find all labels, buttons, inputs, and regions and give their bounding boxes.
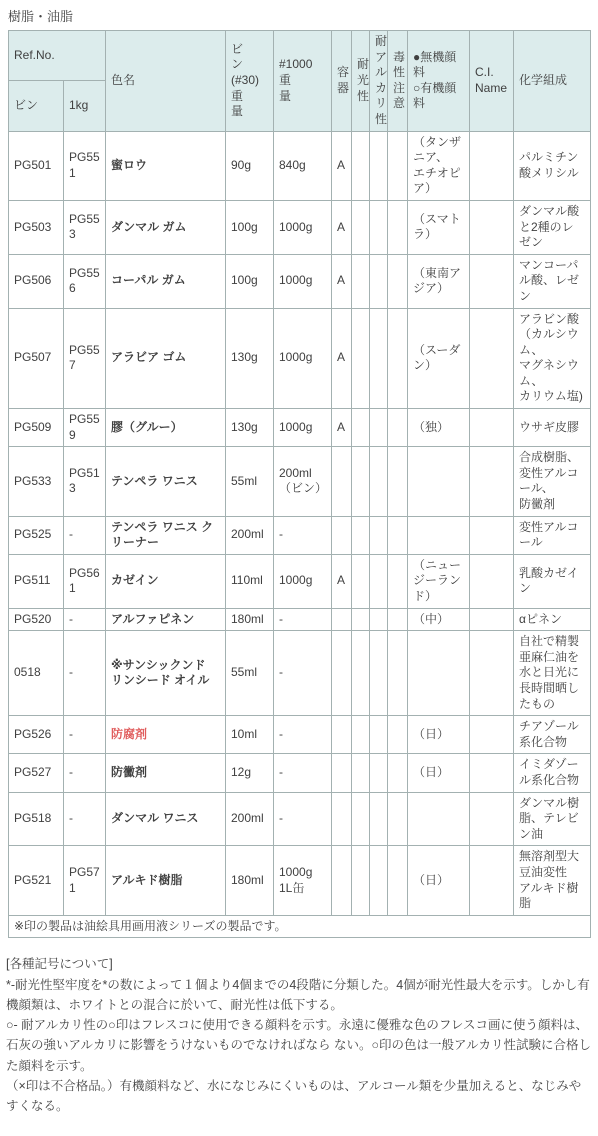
- cell-alkali-resistance: [370, 608, 388, 631]
- table-row: PG525 - テンペラ ワニス クリーナー 200ml - 変性アルコール: [9, 516, 591, 554]
- col-header-ci-name: C.I. Name: [470, 31, 514, 132]
- cell-toxicity: [388, 631, 408, 716]
- cell-ci-name: [470, 754, 514, 792]
- table-row: PG511 PG561 カゼイン 110ml 1000g A （ニュージーランド…: [9, 554, 591, 608]
- table-row: PG503 PG553 ダンマル ガム 100g 1000g A （スマトラ） …: [9, 200, 591, 254]
- cell-alkali-resistance: [370, 631, 388, 716]
- cell-1000-weight: -: [274, 754, 332, 792]
- cell-container: [332, 516, 352, 554]
- cell-alkali-resistance: [370, 716, 388, 754]
- cell-container: [332, 792, 352, 846]
- cell-color-name: 膠（グルー）: [106, 409, 226, 447]
- cell-1000-weight: 200ml（ビン）: [274, 447, 332, 516]
- cell-lightfastness: [352, 200, 370, 254]
- cell-alkali-resistance: [370, 554, 388, 608]
- cell-ref-1kg: PG571: [64, 846, 106, 915]
- col-header-chemical: 化学組成: [514, 31, 591, 132]
- cell-ref-1kg: -: [64, 631, 106, 716]
- col-header-toxicity: 毒 性 注 意: [388, 31, 408, 132]
- cell-toxicity: [388, 554, 408, 608]
- cell-chemical: 変性アルコール: [514, 516, 591, 554]
- cell-bin30-weight: 12g: [226, 754, 274, 792]
- cell-origin: （中）: [408, 608, 470, 631]
- col-header-bin: ビン: [9, 81, 64, 131]
- cell-container: [332, 716, 352, 754]
- table-row: PG533 PG513 テンペラ ワニス 55ml 200ml（ビン） 合成樹脂…: [9, 447, 591, 516]
- cell-ref-1kg: PG556: [64, 254, 106, 308]
- cell-bin30-weight: 10ml: [226, 716, 274, 754]
- cell-1000-weight: 1000g 1L缶: [274, 846, 332, 915]
- col-header-ref-no: Ref.No.: [9, 31, 106, 81]
- cell-bin30-weight: 180ml: [226, 608, 274, 631]
- cell-ref-1kg: -: [64, 792, 106, 846]
- cell-container: [332, 631, 352, 716]
- cell-bin30-weight: 130g: [226, 308, 274, 409]
- cell-bin30-weight: 100g: [226, 200, 274, 254]
- cell-ref-1kg: PG513: [64, 447, 106, 516]
- col-header-bin30-weight: ビ ン (#30) 重 量: [226, 31, 274, 132]
- cell-origin: （ニュージーランド）: [408, 554, 470, 608]
- cell-lightfastness: [352, 792, 370, 846]
- cell-ref-1kg: -: [64, 608, 106, 631]
- cell-bin30-weight: 180ml: [226, 846, 274, 915]
- col-header-container: 容 器: [332, 31, 352, 132]
- cell-ci-name: [470, 409, 514, 447]
- cell-ref-1kg: -: [64, 516, 106, 554]
- cell-ci-name: [470, 200, 514, 254]
- cell-container: A: [332, 409, 352, 447]
- col-header-color-name: 色名: [106, 31, 226, 132]
- cell-ci-name: [470, 308, 514, 409]
- cell-lightfastness: [352, 308, 370, 409]
- cell-container: A: [332, 554, 352, 608]
- cell-origin: [408, 631, 470, 716]
- cell-container: [332, 846, 352, 915]
- cell-ref-bin: PG507: [9, 308, 64, 409]
- cell-lightfastness: [352, 754, 370, 792]
- cell-origin: [408, 792, 470, 846]
- header-row-1: Ref.No. 色名 ビ ン (#30) 重 量 #1000 重 量 容 器 耐…: [9, 31, 591, 81]
- cell-chemical: イミダゾール系化合物: [514, 754, 591, 792]
- cell-lightfastness: [352, 716, 370, 754]
- cell-lightfastness: [352, 554, 370, 608]
- table-row: PG521 PG571 アルキド樹脂 180ml 1000g 1L缶 （日） 無…: [9, 846, 591, 915]
- cell-origin: [408, 447, 470, 516]
- table-header: Ref.No. 色名 ビ ン (#30) 重 量 #1000 重 量 容 器 耐…: [9, 31, 591, 132]
- cell-color-name: ダンマル ワニス: [106, 792, 226, 846]
- table-row: 0518 - ※サンシックンド リンシード オイル 55ml - 自社で精製亜麻…: [9, 631, 591, 716]
- cell-1000-weight: -: [274, 716, 332, 754]
- page: 樹脂・油脂 Ref.No. 色名 ビ ン (#30) 重 量 #1000 重 量…: [0, 6, 598, 1116]
- cell-origin: （東南アジア）: [408, 254, 470, 308]
- cell-lightfastness: [352, 846, 370, 915]
- cell-toxicity: [388, 447, 408, 516]
- cell-ref-bin: PG509: [9, 409, 64, 447]
- cell-1000-weight: -: [274, 631, 332, 716]
- cell-1000-weight: -: [274, 608, 332, 631]
- cell-1000-weight: 840g: [274, 131, 332, 200]
- cell-ci-name: [470, 516, 514, 554]
- table-row: PG518 - ダンマル ワニス 200ml - ダンマル樹脂、テレビン油: [9, 792, 591, 846]
- cell-color-name: アルキド樹脂: [106, 846, 226, 915]
- cell-toxicity: [388, 409, 408, 447]
- cell-ref-1kg: PG553: [64, 200, 106, 254]
- resin-oil-table: Ref.No. 色名 ビ ン (#30) 重 量 #1000 重 量 容 器 耐…: [8, 30, 591, 938]
- cell-toxicity: [388, 846, 408, 915]
- cell-color-name: 防腐剤: [106, 716, 226, 754]
- cell-lightfastness: [352, 131, 370, 200]
- cell-container: [332, 754, 352, 792]
- cell-origin: （スマトラ）: [408, 200, 470, 254]
- cell-alkali-resistance: [370, 792, 388, 846]
- cell-toxicity: [388, 254, 408, 308]
- cell-ref-bin: PG520: [9, 608, 64, 631]
- page-title: 樹脂・油脂: [8, 6, 598, 25]
- cell-bin30-weight: 110ml: [226, 554, 274, 608]
- cell-alkali-resistance: [370, 447, 388, 516]
- cell-ci-name: [470, 447, 514, 516]
- cell-color-name: アルファピネン: [106, 608, 226, 631]
- cell-ci-name: [470, 792, 514, 846]
- cell-ref-bin: PG506: [9, 254, 64, 308]
- cell-ref-bin: PG501: [9, 131, 64, 200]
- cell-ref-bin: PG511: [9, 554, 64, 608]
- table-footer: ※印の製品は油絵具用画用液シリーズの製品です。: [9, 915, 591, 938]
- cell-container: [332, 608, 352, 631]
- cell-chemical: 乳酸カゼイン: [514, 554, 591, 608]
- cell-lightfastness: [352, 516, 370, 554]
- cell-alkali-resistance: [370, 846, 388, 915]
- cell-ref-1kg: -: [64, 754, 106, 792]
- cell-chemical: ウサギ皮膠: [514, 409, 591, 447]
- cell-ref-bin: 0518: [9, 631, 64, 716]
- cell-ref-1kg: PG561: [64, 554, 106, 608]
- cell-lightfastness: [352, 608, 370, 631]
- cell-origin: （日）: [408, 846, 470, 915]
- cell-ci-name: [470, 631, 514, 716]
- cell-container: A: [332, 200, 352, 254]
- cell-alkali-resistance: [370, 754, 388, 792]
- cell-ci-name: [470, 716, 514, 754]
- cell-ref-1kg: PG551: [64, 131, 106, 200]
- cell-color-name: テンペラ ワニス: [106, 447, 226, 516]
- cell-color-name: ※サンシックンド リンシード オイル: [106, 631, 226, 716]
- cell-ref-bin: PG503: [9, 200, 64, 254]
- cell-bin30-weight: 200ml: [226, 516, 274, 554]
- cell-ref-bin: PG521: [9, 846, 64, 915]
- table-row: PG509 PG559 膠（グルー） 130g 1000g A （独） ウサギ皮…: [9, 409, 591, 447]
- cell-chemical: ダンマル樹脂、テレビン油: [514, 792, 591, 846]
- cell-color-name: アラビア ゴム: [106, 308, 226, 409]
- cell-color-name: コーパル ガム: [106, 254, 226, 308]
- cell-ci-name: [470, 608, 514, 631]
- col-header-lightfastness: 耐 光 性: [352, 31, 370, 132]
- cell-alkali-resistance: [370, 308, 388, 409]
- cell-bin30-weight: 55ml: [226, 447, 274, 516]
- cell-chemical: 合成樹脂、 変性アルコール、 防黴剤: [514, 447, 591, 516]
- table-row: PG520 - アルファピネン 180ml - （中） αピネン: [9, 608, 591, 631]
- cell-origin: [408, 516, 470, 554]
- cell-ci-name: [470, 254, 514, 308]
- cell-container: [332, 447, 352, 516]
- cell-ref-1kg: PG557: [64, 308, 106, 409]
- cell-toxicity: [388, 200, 408, 254]
- cell-color-name: 蜜ロウ: [106, 131, 226, 200]
- cell-ci-name: [470, 131, 514, 200]
- cell-color-name: カゼイン: [106, 554, 226, 608]
- cell-chemical: ダンマル酸と2種のレゼン: [514, 200, 591, 254]
- cell-ref-1kg: -: [64, 716, 106, 754]
- col-header-alkali-resistance: 耐 ア ル カ リ 性: [370, 31, 388, 132]
- cell-container: A: [332, 254, 352, 308]
- cell-ref-bin: PG525: [9, 516, 64, 554]
- cell-1000-weight: -: [274, 792, 332, 846]
- cell-toxicity: [388, 516, 408, 554]
- col-header-1000-weight: #1000 重 量: [274, 31, 332, 132]
- cell-toxicity: [388, 131, 408, 200]
- table-row: PG526 - 防腐剤 10ml - （日） チアゾール系化合物: [9, 716, 591, 754]
- footnote-row: ※印の製品は油絵具用画用液シリーズの製品です。: [9, 915, 591, 938]
- cell-chemical: パルミチン酸メリシル: [514, 131, 591, 200]
- cell-chemical: マンコーパル酸、レゼン: [514, 254, 591, 308]
- cell-ref-bin: PG527: [9, 754, 64, 792]
- cell-1000-weight: 1000g: [274, 308, 332, 409]
- cell-container: A: [332, 308, 352, 409]
- cell-1000-weight: 1000g: [274, 554, 332, 608]
- table-body: PG501 PG551 蜜ロウ 90g 840g A （タンザニア、 エチオピア…: [9, 131, 591, 915]
- cell-alkali-resistance: [370, 516, 388, 554]
- cell-ref-1kg: PG559: [64, 409, 106, 447]
- cell-bin30-weight: 100g: [226, 254, 274, 308]
- cell-origin: （日）: [408, 754, 470, 792]
- cell-toxicity: [388, 792, 408, 846]
- cell-origin: （日）: [408, 716, 470, 754]
- cell-origin: （スーダン）: [408, 308, 470, 409]
- cell-chemical: αピネン: [514, 608, 591, 631]
- cell-alkali-resistance: [370, 409, 388, 447]
- cell-ref-bin: PG533: [9, 447, 64, 516]
- cell-bin30-weight: 130g: [226, 409, 274, 447]
- cell-alkali-resistance: [370, 254, 388, 308]
- cell-1000-weight: -: [274, 516, 332, 554]
- cell-1000-weight: 1000g: [274, 254, 332, 308]
- cell-color-name: ダンマル ガム: [106, 200, 226, 254]
- cell-color-name: テンペラ ワニス クリーナー: [106, 516, 226, 554]
- cell-chemical: アラビン酸 （カルシウム、 マグネシウム、 カリウム塩): [514, 308, 591, 409]
- cell-toxicity: [388, 308, 408, 409]
- cell-lightfastness: [352, 631, 370, 716]
- symbol-notes: [各種記号について] *-耐光性堅牢度を*の数によって１個より4個までの4段階に…: [6, 954, 592, 1116]
- cell-alkali-resistance: [370, 200, 388, 254]
- cell-origin: （タンザニア、 エチオピア）: [408, 131, 470, 200]
- col-header-pigment-type: ●無機顔料 ○有機顔料: [408, 31, 470, 132]
- cell-ref-bin: PG518: [9, 792, 64, 846]
- cell-toxicity: [388, 716, 408, 754]
- table-row: PG527 - 防黴剤 12g - （日） イミダゾール系化合物: [9, 754, 591, 792]
- cell-alkali-resistance: [370, 131, 388, 200]
- cell-ref-bin: PG526: [9, 716, 64, 754]
- cell-chemical: 無溶剤型大豆油変性 アルキド樹脂: [514, 846, 591, 915]
- table-row: PG501 PG551 蜜ロウ 90g 840g A （タンザニア、 エチオピア…: [9, 131, 591, 200]
- cell-bin30-weight: 200ml: [226, 792, 274, 846]
- cell-container: A: [332, 131, 352, 200]
- cell-toxicity: [388, 608, 408, 631]
- col-header-1kg: 1kg: [64, 81, 106, 131]
- cell-lightfastness: [352, 447, 370, 516]
- cell-origin: （独）: [408, 409, 470, 447]
- table-row: PG507 PG557 アラビア ゴム 130g 1000g A （スーダン） …: [9, 308, 591, 409]
- cell-lightfastness: [352, 409, 370, 447]
- cell-1000-weight: 1000g: [274, 409, 332, 447]
- cell-chemical: 自社で精製亜麻仁油を 水と日光に長時間晒したもの: [514, 631, 591, 716]
- table-footnote: ※印の製品は油絵具用画用液シリーズの製品です。: [9, 915, 591, 938]
- cell-chemical: チアゾール系化合物: [514, 716, 591, 754]
- cell-1000-weight: 1000g: [274, 200, 332, 254]
- table-row: PG506 PG556 コーパル ガム 100g 1000g A （東南アジア）…: [9, 254, 591, 308]
- cell-color-name: 防黴剤: [106, 754, 226, 792]
- cell-ci-name: [470, 554, 514, 608]
- cell-lightfastness: [352, 254, 370, 308]
- cell-bin30-weight: 55ml: [226, 631, 274, 716]
- cell-bin30-weight: 90g: [226, 131, 274, 200]
- cell-ci-name: [470, 846, 514, 915]
- cell-toxicity: [388, 754, 408, 792]
